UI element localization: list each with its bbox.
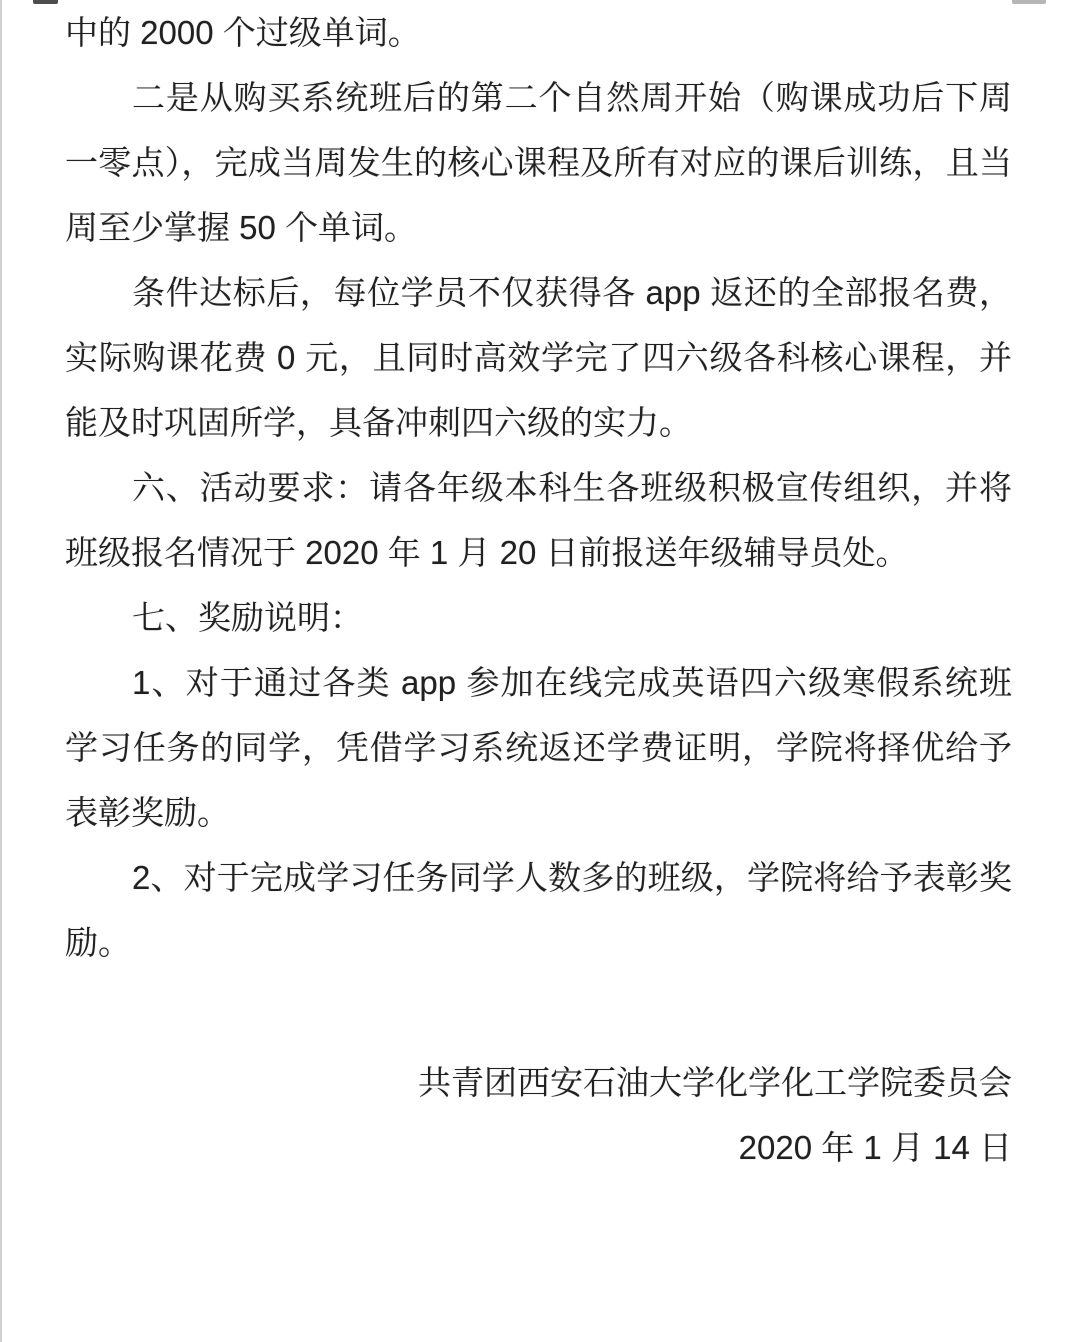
- document-page: 中的 2000 个过级单词。 二是从购买系统班后的第二个自然周开始（购课成功后下…: [0, 0, 1080, 1342]
- blank-line: [65, 975, 1012, 1050]
- text-line: 周至少掌握 50 个单词。: [65, 195, 1012, 260]
- text-line: 能及时巩固所学，具备冲刺四六级的实力。: [65, 390, 1012, 455]
- text-line: 二是从购买系统班后的第二个自然周开始（购课成功后下周: [65, 65, 1012, 130]
- text-line: 七、奖励说明：: [65, 585, 1012, 650]
- text-line: 班级报名情况于 2020 年 1 月 20 日前报送年级辅导员处。: [65, 520, 1012, 585]
- signature-line: 共青团西安石油大学化学化工学院委员会: [65, 1050, 1012, 1115]
- text-line: 表彰奖励。: [65, 780, 1012, 845]
- cropped-text-remnant-right: [1012, 0, 1046, 4]
- text-line: 励。: [65, 910, 1012, 975]
- text-line: 一零点），完成当周发生的核心课程及所有对应的课后训练，且当: [65, 130, 1012, 195]
- text-line: 实际购课花费 0 元，且同时高效学完了四六级各科核心课程，并: [65, 325, 1012, 390]
- text-line: 学习任务的同学，凭借学习系统返还学费证明，学院将择优给予: [65, 715, 1012, 780]
- notice-body: 中的 2000 个过级单词。 二是从购买系统班后的第二个自然周开始（购课成功后下…: [65, 0, 1012, 1180]
- date-line: 2020 年 1 月 14 日: [65, 1115, 1012, 1180]
- page-left-edge-line: [0, 0, 2, 1342]
- text-line: 2、对于完成学习任务同学人数多的班级，学院将给予表彰奖: [65, 845, 1012, 910]
- text-line: 条件达标后，每位学员不仅获得各 app 返还的全部报名费，: [65, 260, 1012, 325]
- text-line: 六、活动要求：请各年级本科生各班级积极宣传组织，并将: [65, 455, 1012, 520]
- text-line: 中的 2000 个过级单词。: [65, 0, 1012, 65]
- cropped-text-remnant-left: [33, 0, 58, 4]
- text-line: 1、对于通过各类 app 参加在线完成英语四六级寒假系统班: [65, 650, 1012, 715]
